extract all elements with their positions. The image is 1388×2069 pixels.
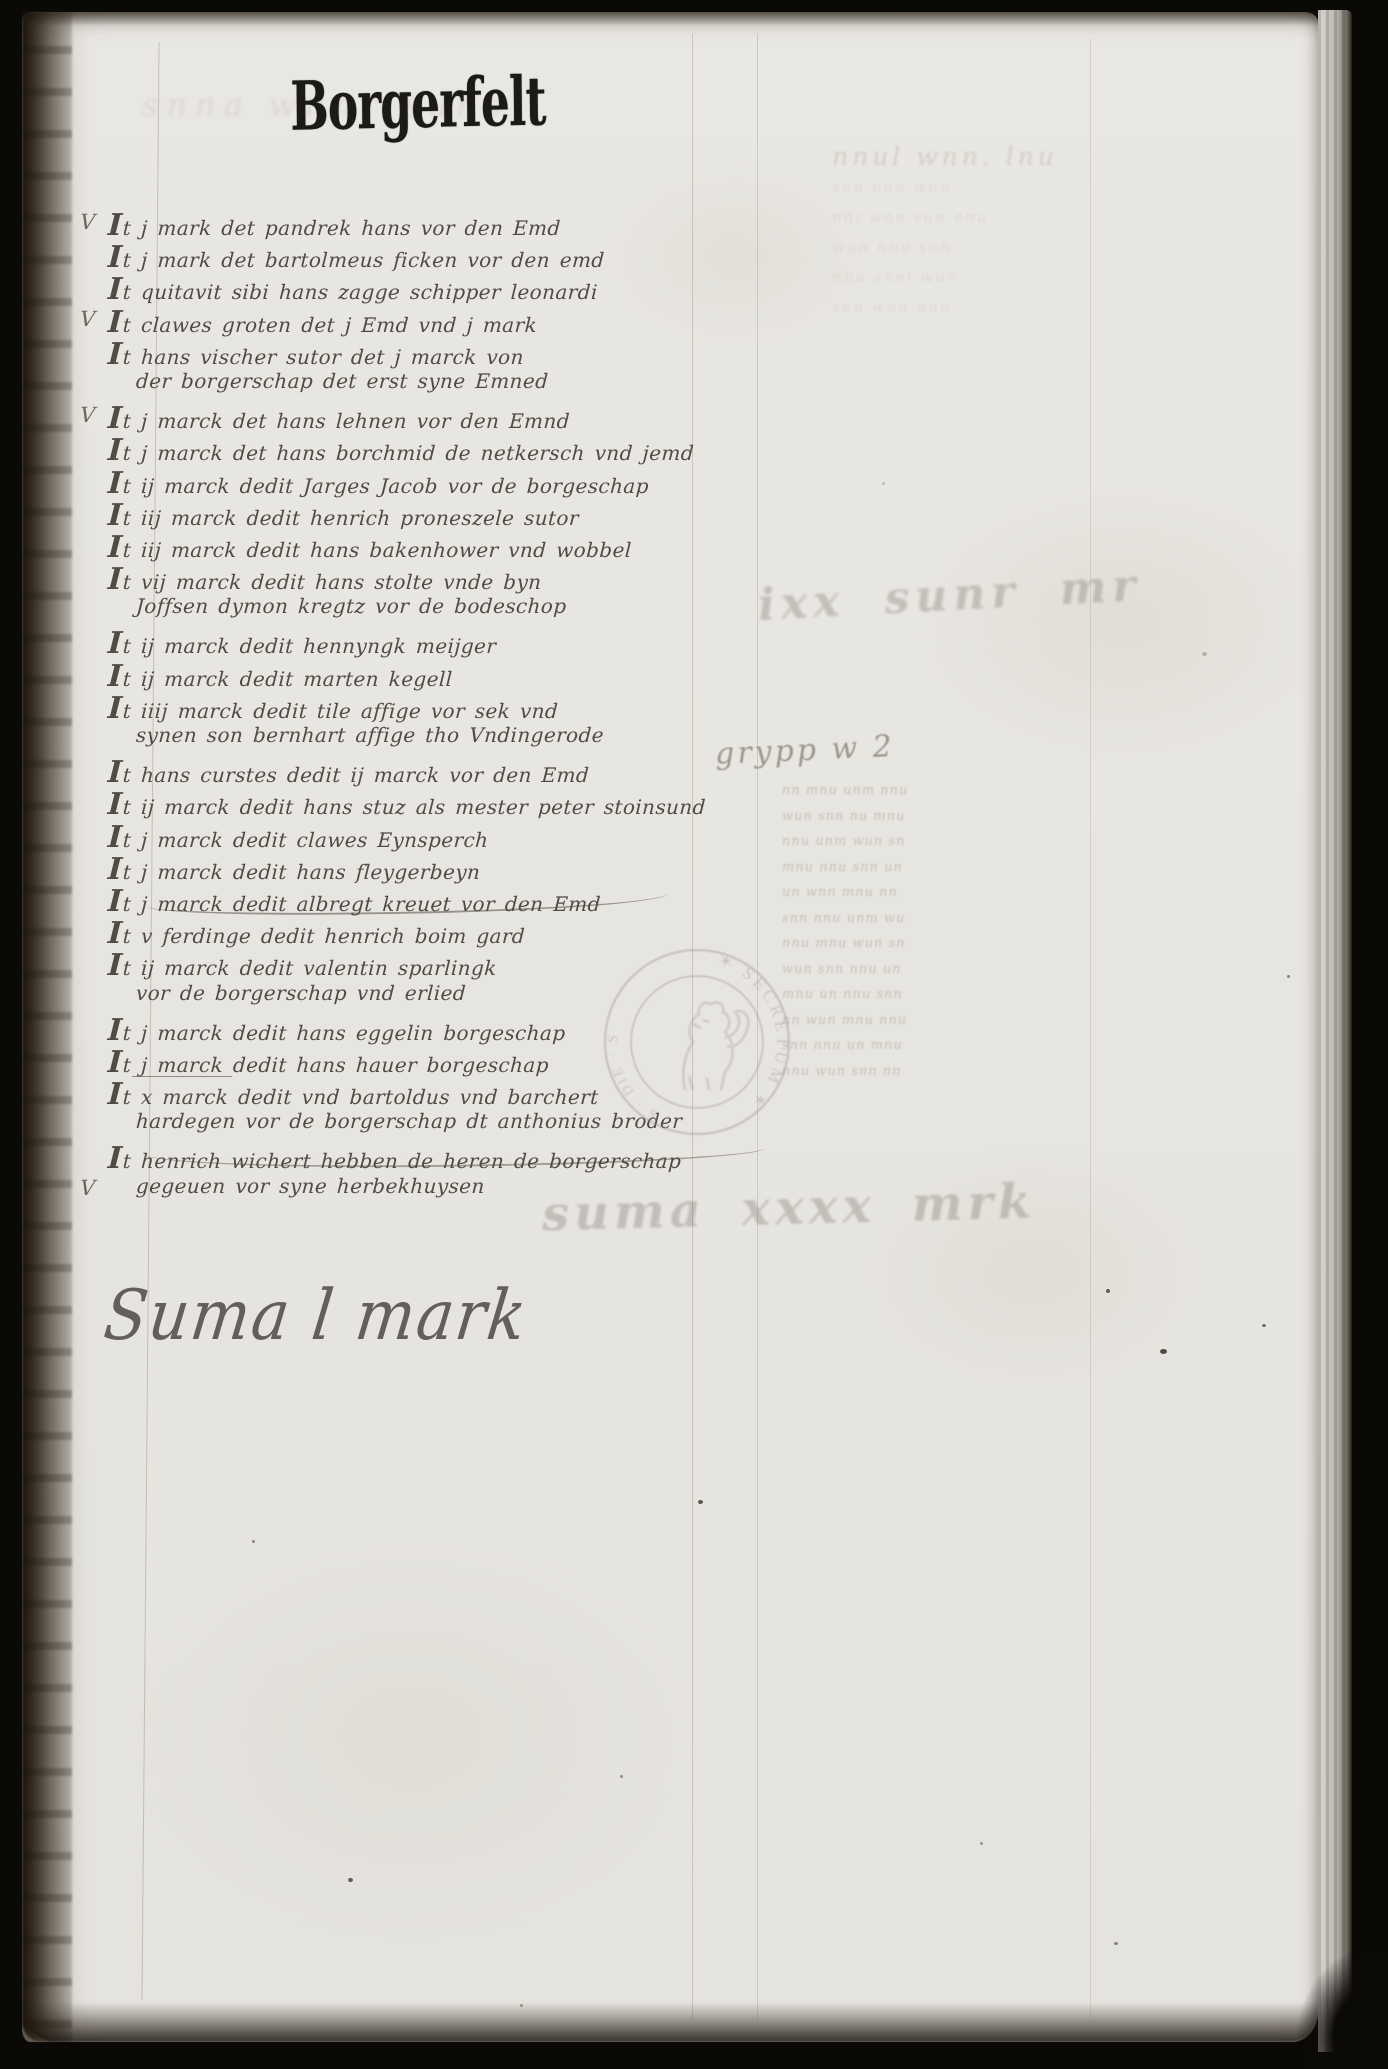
line-text: It ij marck dedit hans stuz als mester p… xyxy=(107,787,707,822)
line-text: It iij marck dedit henrich proneszele su… xyxy=(107,498,580,533)
manuscript-line: It ij marck dedit marten kegell xyxy=(108,659,708,691)
line-text: It vij marck dedit hans stolte vnde byn xyxy=(107,562,543,597)
line-text: It hans vischer sutor det j marck von xyxy=(107,337,525,372)
manuscript-line: VIt clawes groten det j Emd vnd j mark xyxy=(108,305,708,337)
bleedthrough-row: nn mnu unm nnu xyxy=(782,778,1042,804)
line-text: It quitavit sibi hans zagge schipper leo… xyxy=(107,272,599,307)
manuscript-line: It hans vischer sutor det j marck von xyxy=(108,337,708,369)
manuscript-line: It hans curstes dedit ij marck vor den E… xyxy=(108,755,708,787)
manuscript-line: It iij marck dedit hans bakenhower vnd w… xyxy=(108,530,708,562)
book-page: snna wnnr suns nnul wnn. lnusnn nnu wunn… xyxy=(22,12,1318,2042)
binding-gutter xyxy=(22,12,72,2042)
line-text: It j marck dedit hans fleygerbeyn xyxy=(107,852,481,887)
manuscript-line: It j marck det hans borchmid de netkersc… xyxy=(108,433,708,465)
manuscript-line: It vij marck dedit hans stolte vnde byn xyxy=(108,562,708,594)
sum-line: Suma l mark xyxy=(100,1274,532,1356)
line-text: It x marck dedit vnd bartoldus vnd barch… xyxy=(107,1077,600,1112)
ink-speck xyxy=(1106,1289,1110,1293)
ink-speck xyxy=(1202,652,1207,656)
page-stack-edge xyxy=(1318,10,1352,2052)
line-text: Joffsen dymon kregtz vor de bodeschop xyxy=(135,594,567,618)
line-text: It j marck dedit hans eggelin borgeschap xyxy=(107,1013,567,1048)
line-text: It iij marck dedit hans bakenhower vnd w… xyxy=(107,530,633,565)
line-text: It j mark det pandrek hans vor den Emd xyxy=(107,208,562,243)
bleedthrough-row: mnu nnu snn un xyxy=(782,855,1042,881)
ink-speck xyxy=(698,1500,703,1504)
manuscript-line: It ij marck dedit Jarges Jacob vor de bo… xyxy=(108,466,708,498)
manuscript-line: VIt j marck det hans lehnen vor den Emnd xyxy=(108,401,708,433)
manuscript-line: It quitavit sibi hans zagge schipper leo… xyxy=(108,272,708,304)
bleedthrough-row: sun wnn nnu xyxy=(832,292,1272,322)
manuscript-line: Joffsen dymon kregtz vor de bodeschop xyxy=(108,594,708,626)
bleedthrough-row: nnu mnu wun sn xyxy=(782,931,1042,957)
bleedthrough-row: wun snn nnu un xyxy=(782,957,1042,983)
bleedthrough-row: snn nnu un mnu xyxy=(782,1033,1042,1059)
line-text: der borgerschap det erst syne Emned xyxy=(135,369,549,393)
ink-speck xyxy=(1262,1324,1266,1327)
bleedthrough-row: nnı wnn sun nnu xyxy=(832,202,1272,232)
bleedthrough-row: nnu wun snn nn xyxy=(782,1059,1042,1085)
manuscript-line: It j mark det bartolmeus ficken vor den … xyxy=(108,240,708,272)
bleedthrough-row: nnu unm wun sn xyxy=(782,829,1042,855)
line-text: It ij marck dedit marten kegell xyxy=(107,659,454,694)
bleedthrough-mid-row: ixx sunr mr xyxy=(757,560,1143,631)
bleedthrough-row: nn wun mnu nnu xyxy=(782,1008,1042,1034)
stamp-inner-ring xyxy=(631,976,763,1108)
ink-speck xyxy=(980,1842,983,1845)
check-mark: V xyxy=(77,1176,99,1200)
manuscript-line: der borgerschap det erst syne Emned xyxy=(108,369,708,401)
ink-speck xyxy=(882,482,885,485)
lion-rampant-icon xyxy=(683,1002,748,1090)
line-text: vor de borgerschap vnd erlied xyxy=(135,981,466,1005)
line-text: It clawes groten det j Emd vnd j mark xyxy=(107,305,538,340)
manuscript-line: Vgegeuen vor syne herbekhuysen xyxy=(108,1174,708,1206)
archive-stamp: ✶ SECRETUM ✶ S · DIE · S xyxy=(597,942,797,1142)
line-text: It hans curstes dedit ij marck vor den E… xyxy=(107,755,590,790)
page-bottom-edge xyxy=(22,2002,1318,2042)
bleedthrough-top-right-block: nnul wnn. lnusnn nnu wunnnı wnn sun nnuw… xyxy=(832,142,1272,322)
manuscript-scan: snna wnnr suns nnul wnn. lnusnn nnu wunn… xyxy=(0,0,1388,2069)
manuscript-line: It j marck dedit clawes Eynsperch xyxy=(108,820,708,852)
line-text: It j marck det hans lehnen vor den Emnd xyxy=(107,401,571,436)
ruled-line-column-3 xyxy=(1090,38,1091,2018)
bleedthrough-right-block: nn mnu unm nnuwun snn nu mnunnu unm wun … xyxy=(782,778,1042,1084)
line-text: It j mark det bartolmeus ficken vor den … xyxy=(107,240,606,275)
page-title: Borgerfelt xyxy=(290,61,546,146)
line-text: It ij marck dedit hennyngk meijger xyxy=(107,626,497,661)
check-mark: V xyxy=(77,210,99,234)
line-text: It ij marck dedit valentin sparlingk xyxy=(107,948,498,983)
ink-speck xyxy=(1287,975,1290,978)
ink-speck xyxy=(1114,1942,1118,1945)
manuscript-line: It iiij marck dedit tile affige vor sek … xyxy=(108,691,708,723)
ink-speck xyxy=(348,1878,353,1882)
bleedthrough-row: snn nnu wun xyxy=(832,172,1272,202)
manuscript-line: VIt j mark det pandrek hans vor den Emd xyxy=(108,208,708,240)
bleedthrough-row: wun nnu snn xyxy=(832,232,1272,262)
line-text: synen son bernhart affige tho Vndingerod… xyxy=(135,723,604,747)
line-text: It v ferdinge dedit henrich boim gard xyxy=(107,916,526,951)
manuscript-line: It j marck dedit hans fleygerbeyn xyxy=(108,852,708,884)
line-text: It j marck dedit clawes Eynsperch xyxy=(107,820,489,855)
check-mark: V xyxy=(77,403,99,427)
bleedthrough-row: nnul wnn. lnu xyxy=(832,142,1272,172)
ink-speck xyxy=(252,1540,255,1543)
bleedthrough-row: snn nnu unm wu xyxy=(782,906,1042,932)
bleedthrough-row: wun snn nu mnu xyxy=(782,804,1042,830)
line-text: It iiij marck dedit tile affige vor sek … xyxy=(107,691,559,726)
manuscript-line: synen son bernhart affige tho Vndingerod… xyxy=(108,723,708,755)
manuscript-line: It iij marck dedit henrich proneszele su… xyxy=(108,498,708,530)
manuscript-line: It ij marck dedit hans stuz als mester p… xyxy=(108,787,708,819)
page-top-edge xyxy=(22,12,1318,26)
line-text: It j marck dedit hans hauer borgeschap xyxy=(107,1045,550,1080)
bleedthrough-row: mnu un nnu snn xyxy=(782,982,1042,1008)
ink-speck xyxy=(620,1775,623,1778)
bleedthrough-row: un wnn mnu nn xyxy=(782,880,1042,906)
line-text: It ij marck dedit Jarges Jacob vor de bo… xyxy=(107,466,650,501)
ink-speck xyxy=(520,2004,523,2007)
ink-speck xyxy=(1160,1349,1167,1354)
check-mark: V xyxy=(77,307,99,331)
line-text: It j marck det hans borchmid de netkersc… xyxy=(107,433,695,468)
manuscript-line: It ij marck dedit hennyngk meijger xyxy=(108,626,708,658)
line-text: gegeuen vor syne herbekhuysen xyxy=(135,1174,485,1198)
bleedthrough-row: nnu snnı wun xyxy=(832,262,1272,292)
bleedthrough-note-row: grypp w 2 xyxy=(714,729,895,772)
bottom-right-corner-shadow xyxy=(1298,1948,1388,2069)
